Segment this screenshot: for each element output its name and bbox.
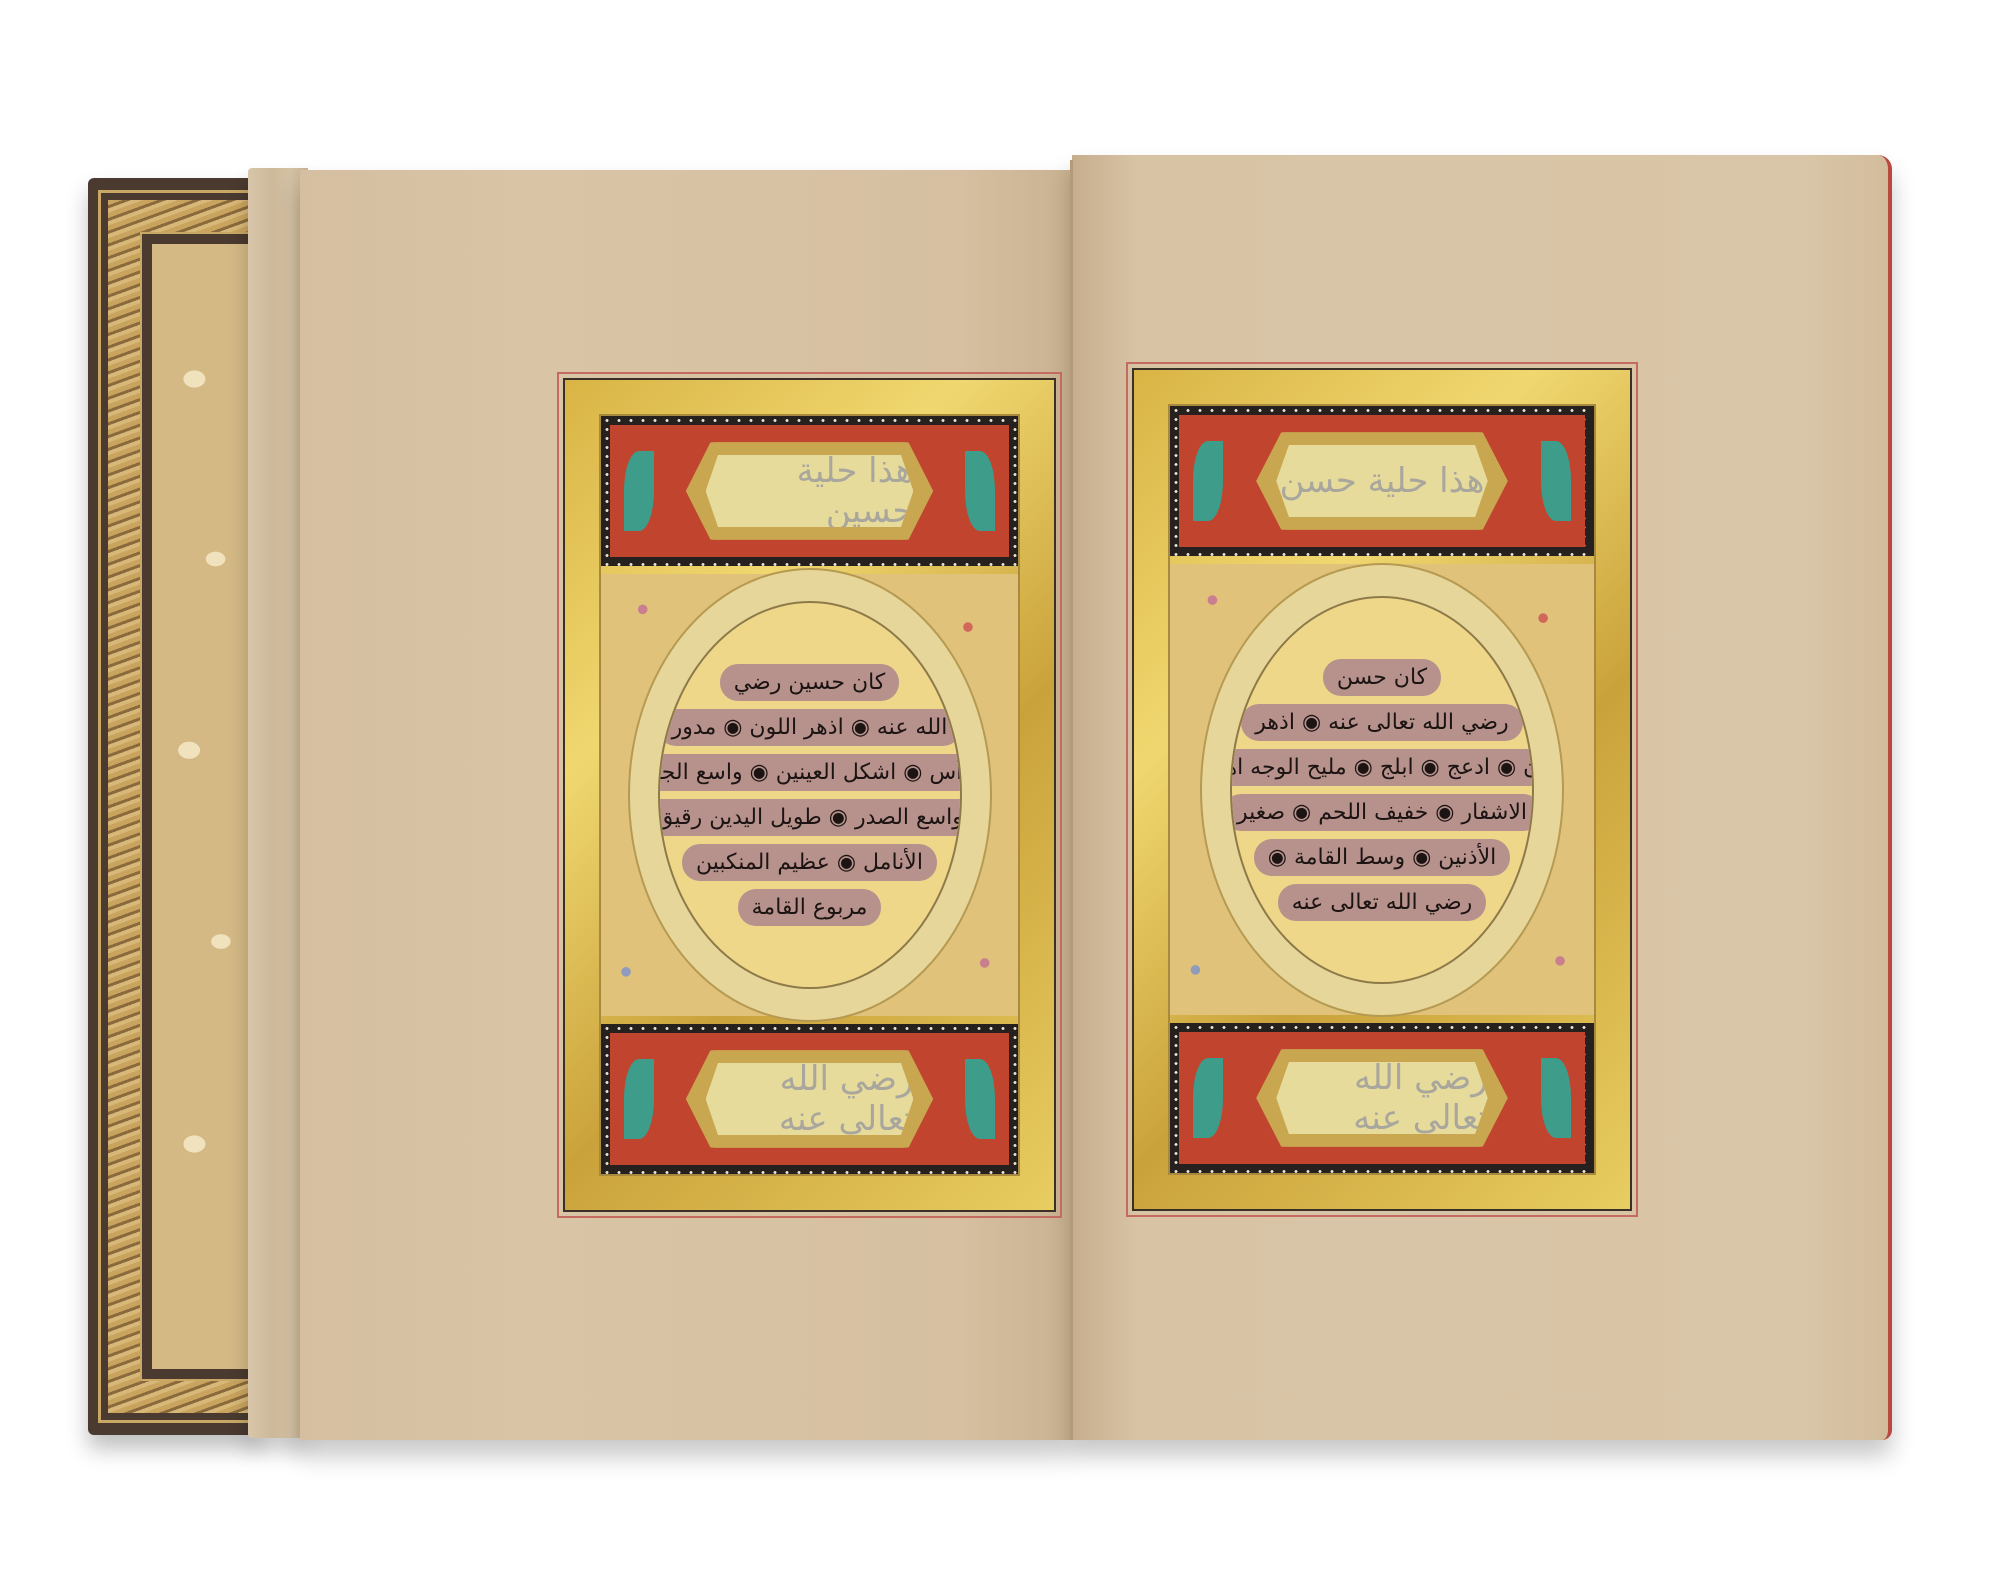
bottom-cartouche-text: رضي الله تعالى عنه (706, 1063, 914, 1135)
top-cartouche-band: هذا حلية حسين (601, 416, 1018, 566)
gold-frame: هذا حلية حسن كان حسن رضي الله تعالى عنه … (1132, 368, 1632, 1211)
bottom-cartouche: رضي الله تعالى عنه (1256, 1049, 1508, 1147)
red-floral-ground: هذا حلية حسين (610, 425, 1009, 557)
teal-palmette-icon (965, 1059, 995, 1138)
teal-palmette-icon (624, 1059, 654, 1138)
red-floral-ground: رضي الله تعالى عنه (1179, 1032, 1585, 1164)
text-line: الأنامل ◉ عظيم المنكبين (682, 844, 937, 881)
floral-field: كان حسن رضي الله تعالى عنه ◉ اذهر اللون … (1170, 564, 1594, 1015)
teal-palmette-icon (1193, 1058, 1223, 1137)
text-line: الاشفار ◉ خفيف اللحم ◉ صغير (1230, 794, 1534, 831)
text-line: واسع الصدر ◉ طويل اليدين رقيق (658, 799, 962, 836)
bottom-cartouche-band: رضي الله تعالى عنه (601, 1024, 1018, 1174)
text-line: مربوع القامة (738, 889, 882, 926)
central-medallion: كان حسين رضي الله عنه ◉ اذهر اللون ◉ مدو… (658, 601, 962, 989)
right-illuminated-panel: هذا حلية حسن كان حسن رضي الله تعالى عنه … (1126, 362, 1638, 1217)
bottom-cartouche-band: رضي الله تعالى عنه (1170, 1023, 1594, 1173)
teal-palmette-icon (1193, 441, 1223, 520)
red-floral-ground: هذا حلية حسن (1179, 415, 1585, 547)
text-line: رضي الله تعالى عنه (1278, 884, 1487, 921)
text-line: كان حسين رضي (720, 664, 900, 701)
teal-palmette-icon (624, 451, 654, 530)
left-illuminated-panel: هذا حلية حسين كان حسين رضي الله عنه ◉ اذ… (557, 372, 1062, 1218)
text-line: الأذنين ◉ وسط القامة ◉ (1254, 839, 1511, 876)
inner-frame: هذا حلية حسن كان حسن رضي الله تعالى عنه … (1168, 404, 1596, 1175)
top-cartouche-text: هذا حلية حسن (1276, 445, 1487, 517)
top-cartouche-text: هذا حلية حسين (706, 455, 914, 527)
text-line: كان حسن (1323, 659, 1441, 696)
text-line: رضي الله تعالى عنه ◉ اذهر (1241, 704, 1522, 741)
cover-floral-panel (152, 244, 258, 1369)
red-floral-ground: رضي الله تعالى عنه (610, 1033, 1009, 1165)
teal-palmette-icon (965, 451, 995, 530)
bottom-cartouche: رضي الله تعالى عنه (686, 1050, 933, 1148)
gold-frame: هذا حلية حسين كان حسين رضي الله عنه ◉ اذ… (563, 378, 1056, 1212)
inner-frame: هذا حلية حسين كان حسين رضي الله عنه ◉ اذ… (599, 414, 1020, 1176)
floral-field: كان حسين رضي الله عنه ◉ اذهر اللون ◉ مدو… (601, 574, 1018, 1016)
gutter-fold (1070, 160, 1073, 1440)
text-line: الرأس ◉ اشكل العينين ◉ واسع الجبين (658, 754, 962, 791)
top-cartouche: هذا حلية حسين (686, 442, 933, 540)
teal-palmette-icon (1541, 441, 1571, 520)
central-medallion: كان حسن رضي الله تعالى عنه ◉ اذهر اللون … (1230, 596, 1534, 984)
teal-palmette-icon (1541, 1058, 1571, 1137)
top-cartouche: هذا حلية حسن (1256, 432, 1508, 530)
text-line: اللون ◉ ادعج ◉ ابلج ◉ مليح الوجه اهدب (1230, 749, 1534, 786)
bottom-cartouche-text: رضي الله تعالى عنه (1276, 1062, 1487, 1134)
leather-binding-cover (88, 178, 258, 1435)
text-line: الله عنه ◉ اذهر اللون ◉ مدور (658, 709, 962, 746)
top-cartouche-band: هذا حلية حسن (1170, 406, 1594, 556)
page-block-edge (248, 168, 308, 1438)
